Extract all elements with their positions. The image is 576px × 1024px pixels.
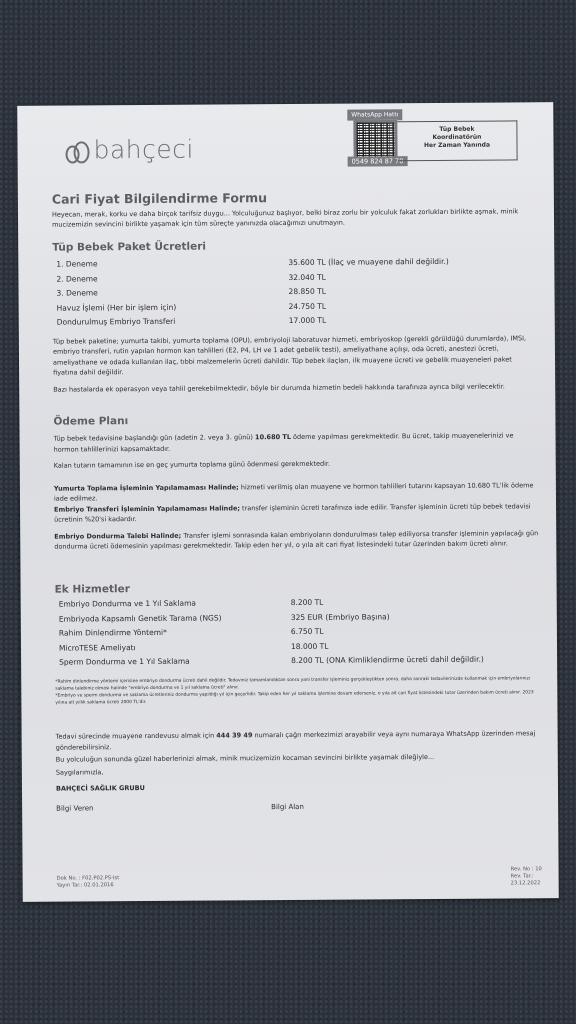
price-label: 1. Deneme [52,256,288,272]
signature-row: Bilgi Veren Bilgi Alan [56,801,540,812]
price-label: Sperm Dondurma ve 1 Yıl Saklama [55,654,291,670]
payment-remaining: Kalan tutarın tamamının ise en geç yumur… [54,457,538,471]
condition-freezing: Embriyo Dondurma Talebi Halinde; Transfe… [54,528,538,552]
package-note-extra: Bazı hastalarda ek operasyon veya tahlil… [53,381,537,395]
extras-section: Ek Hizmetler Embriyo Dondurma ve 1 Yıl S… [55,580,546,706]
brand-name: bahçeci [93,135,194,165]
price-label: Havuz İşlemi (Her bir işlem için) [53,299,289,315]
closing-regards: Saygılarımızla, [56,764,540,778]
form-title: Cari Fiyat Bilgilendirme Formu [52,190,267,207]
whatsapp-qr-badge: WhatsApp Hattı 0549 824 87 70 Tüp Bebek … [347,108,525,167]
signature-giver: Bilgi Veren [56,803,271,813]
closing-wish: Bu yolculuğun sonunda güzel haberleriniz… [56,751,540,765]
package-note: Tüp bebek paketine; yumurta takibi, yumu… [53,333,537,378]
closing-section: Tedavi sürecinde muayene randevusu almak… [56,728,541,812]
doc-meta-left: Dok No. : F02.P02.PS-Ist Yayın Tar.: 02.… [57,875,120,889]
qr-side-text: Tüp Bebek Koordinatörün Her Zaman Yanınd… [397,120,517,161]
logo-mark-icon [63,137,89,163]
price-label: Embriyoda Kapsamlı Genetik Tarama (NGS) [55,610,291,626]
price-value: 8.200 TL (ONA Kimliklendirme ücreti dahi… [291,652,545,668]
price-row: Dondurulmuş Embriyo Transferi17.000 TL [53,312,537,330]
publish-date: Yayın Tar.: 02.01.2016 [57,882,120,889]
price-form-document: bahçeci WhatsApp Hattı 0549 824 87 70 Tü… [17,102,559,902]
price-row: Sperm Dondurma ve 1 Yıl Saklama8.200 TL … [55,652,545,670]
payment-initial: Tüp bebek tedavisine başlandığı gün (ade… [54,430,538,454]
organization-name: BAHÇECİ SAĞLIK GRUBU [56,780,540,794]
extras-footnote-2: *Embriyo ve sperm dondurma ve saklama üc… [55,689,545,706]
price-label: Dondurulmuş Embriyo Transferi [53,314,289,330]
form-intro: Heyecan, merak, korku ve daha birçok tar… [52,206,532,229]
payment-heading: Ödeme Planı [53,412,537,427]
condition-transfer: Embriyo Transferi İşleminin Yapılamaması… [54,501,538,525]
package-section: Tüp Bebek Paket Ücretleri 1. Deneme35.60… [52,238,537,394]
price-value: 17.000 TL [289,312,537,328]
package-heading: Tüp Bebek Paket Ücretleri [52,238,536,253]
closing-contact: Tedavi sürecinde muayene randevusu almak… [56,728,540,752]
doc-meta-right: Rev. No : 10 Rev. Tar.: 23.12.2022 [511,866,559,887]
price-label: Rahim Dinlendirme Yöntemi* [55,625,291,641]
bahceci-logo: bahçeci [63,135,194,165]
price-label: Embriyo Dondurma ve 1 Yıl Saklama [55,596,291,612]
extras-heading: Ek Hizmetler [55,580,545,595]
price-label: 2. Deneme [52,270,288,286]
payment-section: Ödeme Planı Tüp bebek tedavisine başland… [53,412,538,552]
signature-receiver: Bilgi Alan [271,802,304,810]
qr-side-line: Her Zaman Yanında [397,141,516,150]
price-label: MicroTESE Ameliyatı [55,639,291,655]
revision-date: Rev. Tar.: 23.12.2022 [511,873,559,887]
price-label: 3. Deneme [52,285,288,301]
